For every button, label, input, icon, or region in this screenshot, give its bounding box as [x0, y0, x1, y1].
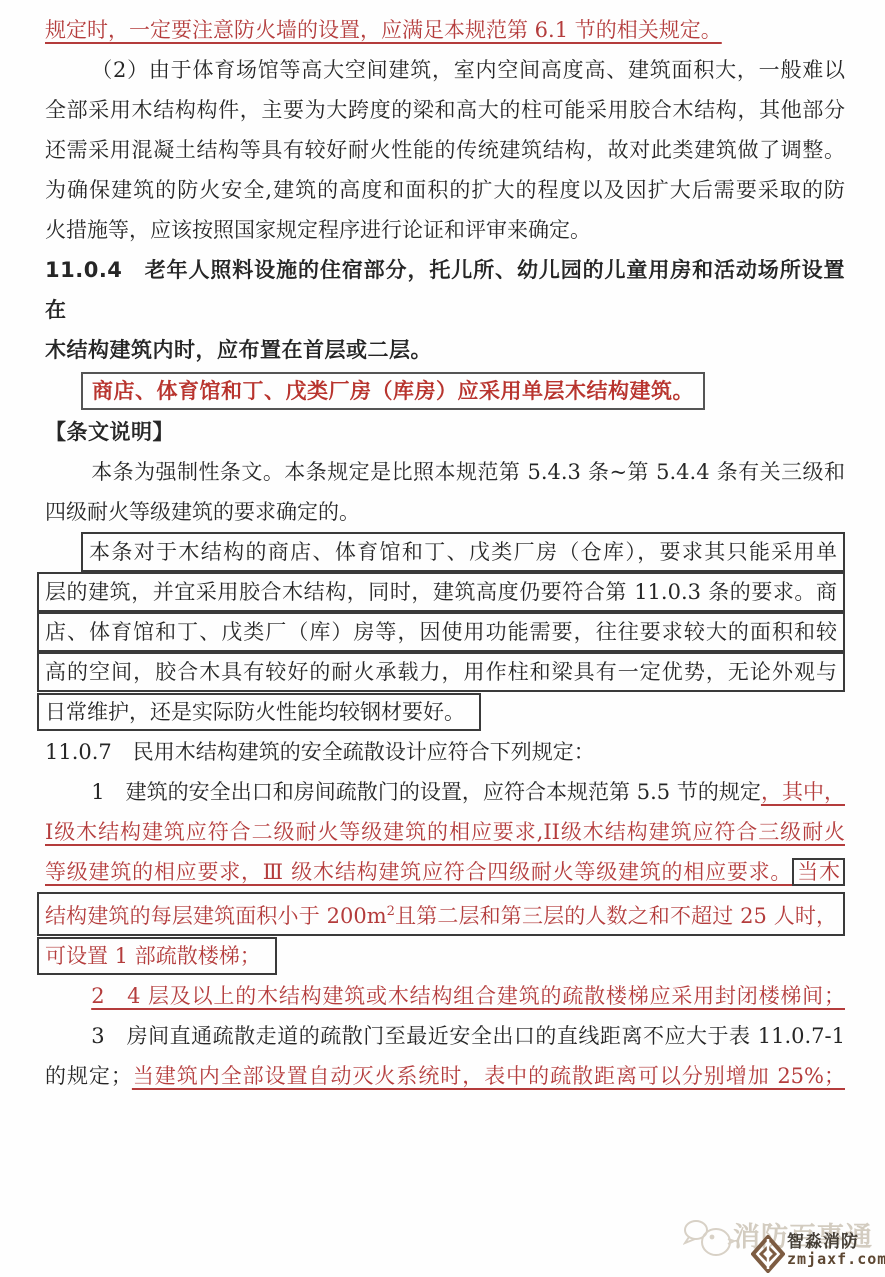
para3-line1: 本条为强制性条文。本条规定是比照本规范第 5.4.3 条~第 5.4.4 条有关… — [45, 452, 845, 492]
supplement-text-b: 且第二层和第三层的人数之和不超过 25 人时， — [395, 904, 837, 928]
red-boxed-supplement-line2: 可设置 1 部疏散楼梯； — [37, 937, 277, 975]
item1-line1: 1 建筑的安全出口和房间疏散门的设置，应符合本规范第 5.5 节的规定，其中， — [45, 772, 845, 812]
para2-line1: （2）由于体育场馆等高大空间建筑，室内空间高度高、建筑面积大，一般难以 — [45, 50, 845, 90]
para2-line2: 全部采用木结构构件，主要为大跨度的梁和高大的柱可能采用胶合木结构，其他部分 — [45, 90, 845, 130]
boxed-commentary-line: 本条对于木结构的商店、体育馆和丁、戊类厂房（仓库），要求其只能采用单 — [81, 532, 845, 572]
red-provision-box: 商店、体育馆和丁、戊类厂房（库房）应采用单层木结构建筑。 — [81, 372, 705, 410]
red-boxed-supplement-row2: 可设置 1 部疏散楼梯； — [45, 936, 845, 976]
superscript-2: 2 — [387, 904, 395, 919]
boxed-commentary-line: 层的建筑，并宜采用胶合木结构，同时，建筑高度仍要符合第 11.0.3 条的要求。… — [37, 572, 845, 612]
item3-line1: 3 房间直通疏散走道的疏散门至最近安全出口的直线距离不应大于表 11.0.7-1 — [45, 1016, 845, 1056]
item1-line2-red: I级木结构建筑应符合二级耐火等级建筑的相应要求,II级木结构建筑应符合三级耐火 — [45, 812, 845, 852]
watermark-group: 消防百事通 智淼消防 zmjaxf.com — [595, 1193, 881, 1277]
explanation-heading: 【条文说明】 — [45, 412, 845, 452]
diamond-logo-icon — [751, 1235, 785, 1273]
item2-red-text: 2 4 层及以上的木结构建筑或木结构组合建筑的疏散楼梯应采用封闭楼梯间； — [91, 984, 845, 1008]
document-page: 规定时，一定要注意防火墙的设置，应满足本规范第 6.1 节的相关规定。 （2）由… — [0, 0, 885, 1277]
item3-line2-black: 的规定； — [45, 1064, 132, 1088]
red-boxed-supplement-line1: 结构建筑的每层建筑面积小于 200m2且第二层和第三层的人数之和不超过 25 人… — [37, 892, 845, 936]
boxed-commentary-line: 店、体育馆和丁、戊类厂（库）房等，因使用功能需要，往往要求较大的面积和较 — [37, 612, 845, 652]
chick-mascot-icon — [683, 1217, 741, 1259]
para2-line4: 为确保建筑的防火安全,建筑的高度和面积的扩大的程度以及因扩大后需要采取的防 — [45, 170, 845, 210]
item2-line: 2 4 层及以上的木结构建筑或木结构组合建筑的疏散楼梯应采用封闭楼梯间； — [45, 976, 845, 1016]
para2-line5: 火措施等，应该按照国家规定程序进行论证和评审来确定。 — [45, 210, 845, 250]
para3-line2: 四级耐火等级建筑的要求确定的。 — [45, 492, 845, 532]
item1-line3-red: 等级建筑的相应要求，Ⅲ 级木结构建筑应符合四级耐火等级建筑的相应要求。 — [45, 860, 792, 884]
top-red-sentence: 规定时，一定要注意防火墙的设置，应满足本规范第 6.1 节的相关规定。 — [45, 10, 845, 50]
watermark-brand-dark: 智淼消防 — [787, 1227, 859, 1252]
para2-line3: 还需采用混凝土结构等具有较好耐火性能的传统建筑结构，故对此类建筑做了调整。 — [45, 130, 845, 170]
clause-11-0-4-line2: 木结构建筑内时，应布置在首层或二层。 — [45, 330, 845, 370]
boxed-commentary-line: 日常维护，还是实际防火性能均较钢材要好。 — [37, 693, 481, 731]
boxed-commentary-line: 高的空间，胶合木具有较好的耐火承载力，用作柱和梁具有一定优势，无论外观与 — [37, 652, 845, 692]
item3-line2: 的规定；当建筑内全部设置自动灭火系统时，表中的疏散距离可以分别增加 25%； — [45, 1056, 845, 1096]
supplement-text-a: 结构建筑的每层建筑面积小于 200m — [45, 904, 387, 928]
item3-line2-red: 当建筑内全部设置自动灭火系统时，表中的疏散距离可以分别增加 25%； — [132, 1064, 845, 1088]
watermark-site-url: zmjaxf.com — [787, 1250, 885, 1268]
item1-line3: 等级建筑的相应要求，Ⅲ 级木结构建筑应符合四级耐火等级建筑的相应要求。当木 — [45, 852, 845, 892]
clause-11-0-7-heading: 11.0.7 民用木结构建筑的安全疏散设计应符合下列规定： — [45, 732, 845, 772]
watermark-brand-light: 消防百事通 — [733, 1215, 873, 1254]
item1-line1-red: ，其中， — [761, 780, 845, 804]
boxed-commentary-row: 日常维护，还是实际防火性能均较钢材要好。 — [45, 692, 845, 732]
item1-line1-black: 1 建筑的安全出口和房间疏散门的设置，应符合本规范第 5.5 节的规定 — [91, 780, 761, 804]
item1-keyword-box: 当木 — [792, 858, 845, 886]
red-provision-row: 商店、体育馆和丁、戊类厂房（库房）应采用单层木结构建筑。 — [45, 370, 845, 412]
clause-11-0-4-line1: 11.0.4 老年人照料设施的住宿部分，托儿所、幼儿园的儿童用房和活动场所设置在 — [45, 250, 845, 330]
